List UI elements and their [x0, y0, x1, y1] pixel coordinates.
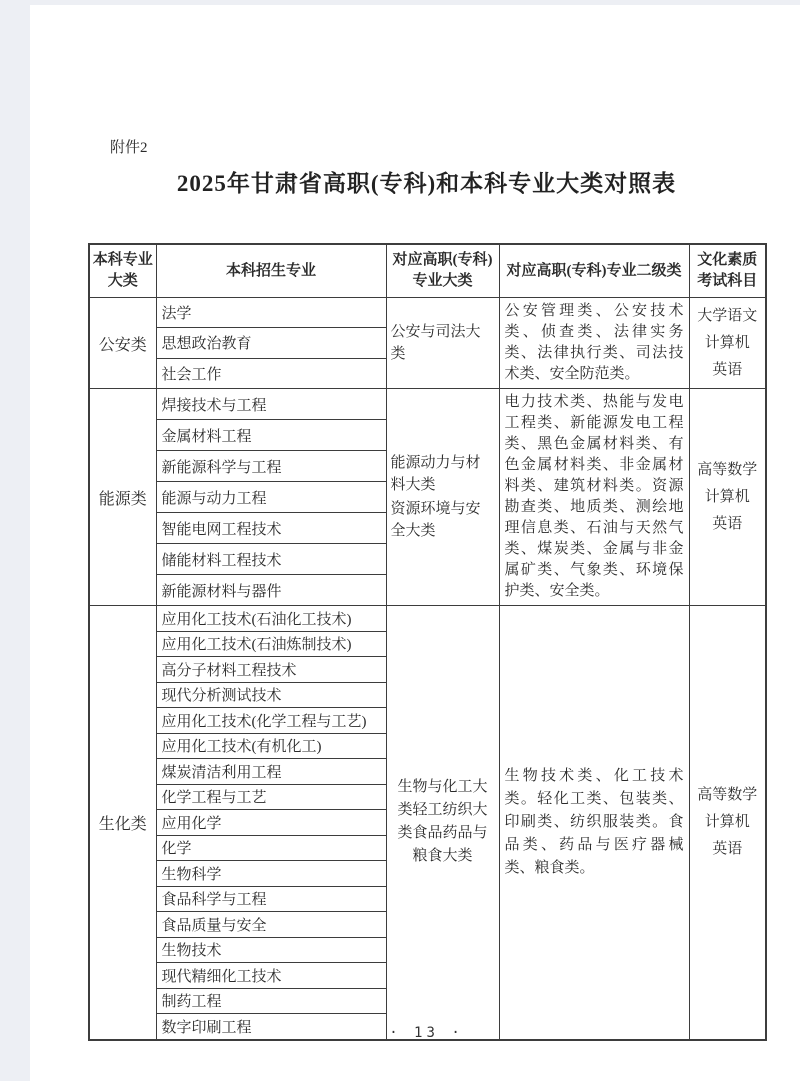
category-cell: 能源类: [89, 389, 156, 606]
major-cell: 焊接技术与工程: [156, 389, 386, 420]
header-undergrad-majors: 本科招生专业: [156, 244, 386, 298]
exam-subjects-cell: 高等数学计算机英语: [689, 389, 766, 606]
major-cell: 食品科学与工程: [156, 886, 386, 912]
vocational-category: 资源环境与安全大类: [391, 498, 495, 542]
exam-subject: 高等数学: [692, 782, 764, 809]
major-cell: 化学工程与工艺: [156, 784, 386, 810]
header-vocational-category: 对应高职(专科) 专业大类: [386, 244, 499, 298]
vocational-category-cell: 公安与司法大类: [386, 298, 499, 389]
exam-subjects-cell: 大学语文计算机英语: [689, 298, 766, 389]
major-cell: 应用化工技术(化学工程与工艺): [156, 708, 386, 734]
exam-subject: 计算机: [692, 330, 764, 357]
major-cell: 化学: [156, 835, 386, 861]
major-cell: 现代精细化工技术: [156, 963, 386, 989]
document-page: 附件2 2025年甘肃省高职(专科)和本科专业大类对照表 本科专业 大类 本科招…: [30, 5, 800, 1081]
vocational-category-cell: 生物与化工大类轻工纺织大类食品药品与粮食大类: [386, 606, 499, 1040]
major-cell: 智能电网工程技术: [156, 513, 386, 544]
major-cell: 能源与动力工程: [156, 482, 386, 513]
exam-subject: 英语: [692, 357, 764, 384]
major-cell: 社会工作: [156, 358, 386, 388]
exam-subject: 英语: [692, 836, 764, 863]
major-cell: 高分子材料工程技术: [156, 657, 386, 683]
major-cell: 煤炭清洁利用工程: [156, 759, 386, 785]
major-comparison-table: 本科专业 大类 本科招生专业 对应高职(专科) 专业大类 对应高职(专科)专业二…: [88, 243, 767, 1041]
major-cell: 应用化学: [156, 810, 386, 836]
major-cell: 法学: [156, 298, 386, 328]
major-cell: 思想政治教育: [156, 328, 386, 358]
header-exam-subjects: 文化素质 考试科目: [689, 244, 766, 298]
exam-subject: 计算机: [692, 484, 764, 511]
vocational-category: 公安与司法大类: [391, 321, 495, 365]
major-cell: 应用化工技术(有机化工): [156, 733, 386, 759]
vocational-category: 生物与化工大类轻工纺织大类食品药品与粮食大类: [391, 776, 495, 868]
secondary-categories-cell: 公安管理类、公安技术类、侦查类、法律实务类、法律执行类、司法技术类、安全防范类。: [499, 298, 689, 389]
major-cell: 食品质量与安全: [156, 912, 386, 938]
exam-subject: 英语: [692, 511, 764, 538]
attachment-label: 附件2: [110, 136, 148, 157]
header-vocational-secondary: 对应高职(专科)专业二级类: [499, 244, 689, 298]
exam-subjects-cell: 高等数学计算机英语: [689, 606, 766, 1040]
major-cell: 新能源材料与器件: [156, 575, 386, 606]
major-cell: 现代分析测试技术: [156, 682, 386, 708]
vocational-category-cell: 能源动力与材料大类资源环境与安全大类: [386, 389, 499, 606]
table-row: 生化类应用化工技术(石油化工技术)生物与化工大类轻工纺织大类食品药品与粮食大类生…: [89, 606, 766, 632]
secondary-categories-cell: 电力技术类、热能与发电工程类、新能源发电工程类、黑色金属材料类、有色金属材料类、…: [499, 389, 689, 606]
category-cell: 公安类: [89, 298, 156, 389]
page-title: 2025年甘肃省高职(专科)和本科专业大类对照表: [88, 165, 765, 198]
major-cell: 应用化工技术(石油化工技术): [156, 606, 386, 632]
header-row: 本科专业 大类 本科招生专业 对应高职(专科) 专业大类 对应高职(专科)专业二…: [89, 244, 766, 298]
header-undergrad-category: 本科专业 大类: [89, 244, 156, 298]
exam-subject: 计算机: [692, 809, 764, 836]
table-row: 能源类焊接技术与工程能源动力与材料大类资源环境与安全大类电力技术类、热能与发电工…: [89, 389, 766, 420]
category-cell: 生化类: [89, 606, 156, 1040]
exam-subject: 高等数学: [692, 457, 764, 484]
major-cell: 生物科学: [156, 861, 386, 887]
table-row: 公安类法学公安与司法大类公安管理类、公安技术类、侦查类、法律实务类、法律执行类、…: [89, 298, 766, 328]
secondary-categories-cell: 生物技术类、化工技术类。轻化工类、包装类、印刷类、纺织服装类。食品类、药品与医疗…: [499, 606, 689, 1040]
major-cell: 生物技术: [156, 937, 386, 963]
major-cell: 金属材料工程: [156, 420, 386, 451]
exam-subject: 大学语文: [692, 303, 764, 330]
vocational-category: 能源动力与材料大类: [391, 452, 495, 496]
major-cell: 储能材料工程技术: [156, 544, 386, 575]
major-cell: 制药工程: [156, 988, 386, 1014]
major-cell: 新能源科学与工程: [156, 451, 386, 482]
table-header: 本科专业 大类 本科招生专业 对应高职(专科) 专业大类 对应高职(专科)专业二…: [89, 244, 766, 298]
table-body: 公安类法学公安与司法大类公安管理类、公安技术类、侦查类、法律实务类、法律执行类、…: [89, 298, 766, 1040]
page-number: · 13 ·: [88, 1025, 765, 1041]
major-cell: 应用化工技术(石油炼制技术): [156, 631, 386, 657]
